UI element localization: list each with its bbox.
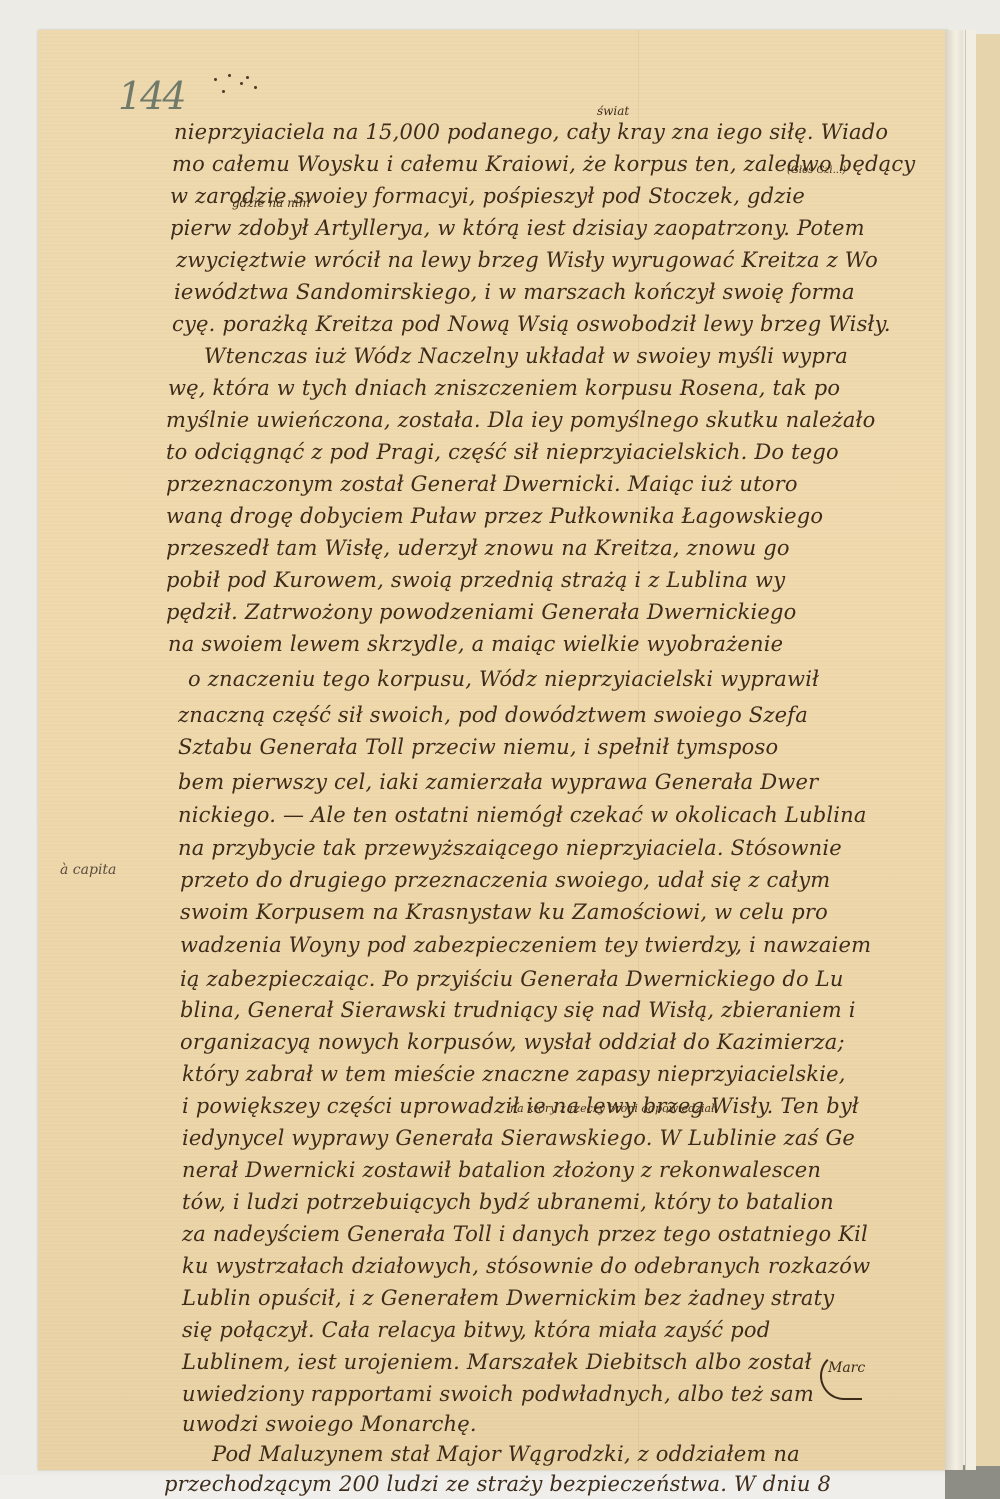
ink-spots bbox=[210, 72, 270, 112]
text-line: który zabrał w tem mieście znaczne zapas… bbox=[182, 1062, 846, 1086]
text-line: organizacyą nowych korpusów, wysłał oddz… bbox=[180, 1030, 845, 1054]
scan-background-corner bbox=[945, 1465, 1000, 1499]
text-line: uwodzi swoiego Monarchę. bbox=[182, 1412, 477, 1436]
binding-strip bbox=[945, 30, 963, 1470]
text-line: nickiego. — Ale ten ostatni niemógł czek… bbox=[178, 803, 867, 827]
text-line: pierw zdobył Artyllerya, w którą iest dz… bbox=[170, 216, 865, 240]
text-line: ią zabezpieczaiąc. Po przyiściu Generała… bbox=[180, 967, 844, 991]
text-line: swoim Korpusem na Krasnystaw ku Zamościo… bbox=[180, 900, 828, 924]
text-line: przeznaczonym został Generał Dwernicki. … bbox=[166, 472, 798, 496]
text-line: wę, która w tych dniach zniszczeniem kor… bbox=[168, 376, 840, 400]
adjacent-page bbox=[976, 34, 1000, 1466]
text-line: cyę. porażką Kreitza pod Nową Wsią oswob… bbox=[172, 312, 891, 336]
text-line: blina, Generał Sierawski trudniący się n… bbox=[180, 998, 856, 1022]
text-line: o znaczeniu tego korpusu, Wódz nieprzyia… bbox=[188, 667, 819, 691]
text-line: Lublin opuścił, i z Generałem Dwernickim… bbox=[182, 1286, 834, 1310]
text-line: iedynycel wyprawy Generała Sierawskiego.… bbox=[182, 1126, 855, 1150]
text-line: wadzenia Woyny pod zabezpieczeniem tey t… bbox=[180, 933, 871, 957]
text-line: przeto do drugiego przeznaczenia swoiego… bbox=[180, 868, 830, 892]
text-line: bem pierwszy cel, iaki zamierzała wypraw… bbox=[178, 770, 818, 794]
text-line: przechodzącym 200 ludzi ze straży bezpie… bbox=[164, 1472, 831, 1496]
text-line: to odciągnąć z pod Pragi, część sił niep… bbox=[166, 440, 839, 464]
text-line: ku wystrzałach działowych, stósownie do … bbox=[182, 1254, 870, 1278]
text-line: za nadeyściem Generała Toll i danych prz… bbox=[182, 1222, 868, 1246]
folio-number: 144 bbox=[118, 74, 185, 118]
margin-note: à capita bbox=[60, 862, 116, 878]
text-line: i powiększey części uprowadził ie na lew… bbox=[182, 1094, 859, 1118]
text-line: na przybycie tak przewyższaiącego nieprz… bbox=[178, 836, 842, 860]
text-line: uwiedziony rapportami swoich podwładnych… bbox=[182, 1382, 814, 1406]
text-line: mo całemu Woysku i całemu Kraiowi, że ko… bbox=[172, 152, 915, 176]
text-line: pobił pod Kurowem, swoią przednią strażą… bbox=[166, 568, 785, 592]
text-line: na swoiem lewem skrzydle, a maiąc wielki… bbox=[168, 632, 783, 656]
text-line: w zarodzie swoiey formacyi, pośpieszył p… bbox=[170, 184, 805, 208]
text-line: zwycięztwie wrócił na lewy brzeg Wisły w… bbox=[176, 248, 878, 272]
text-line: pędził. Zatrwożony powodzeniami Generała… bbox=[166, 600, 797, 624]
text-line: iewództwa Sandomirskiego, i w marszach k… bbox=[174, 280, 855, 304]
text-line: Sztabu Generała Toll przeciw niemu, i sp… bbox=[178, 735, 778, 759]
text-line: waną drogę dobyciem Puław przez Pułkowni… bbox=[166, 504, 823, 528]
interlinear-correction: świat bbox=[597, 104, 629, 118]
adjacent-page-edge bbox=[965, 30, 976, 1470]
text-line: Wtenczas iuż Wódz Naczelny układał w swo… bbox=[204, 344, 848, 368]
text-line: Lublinem, iest urojeniem. Marszałek Dieb… bbox=[182, 1350, 812, 1374]
signature-fragment: Marc bbox=[828, 1360, 865, 1376]
text-line: nerał Dwernicki zostawił batalion złożon… bbox=[182, 1158, 821, 1182]
text-line: znaczną część sił swoich, pod dowództwem… bbox=[178, 703, 808, 727]
text-line: myślnie uwieńczona, została. Dla iey pom… bbox=[166, 408, 876, 432]
text-line: przeszedł tam Wisłę, uderzył znowu na Kr… bbox=[166, 536, 790, 560]
text-line: się połączył. Cała relacya bitwy, która … bbox=[182, 1318, 770, 1342]
text-line: nieprzyiaciela na 15,000 podanego, cały … bbox=[174, 120, 888, 144]
text-line: tów, i ludzi potrzebuiących bydź ubranem… bbox=[182, 1190, 834, 1214]
text-line: Pod Maluzynem stał Major Wągrodzki, z od… bbox=[212, 1442, 800, 1466]
